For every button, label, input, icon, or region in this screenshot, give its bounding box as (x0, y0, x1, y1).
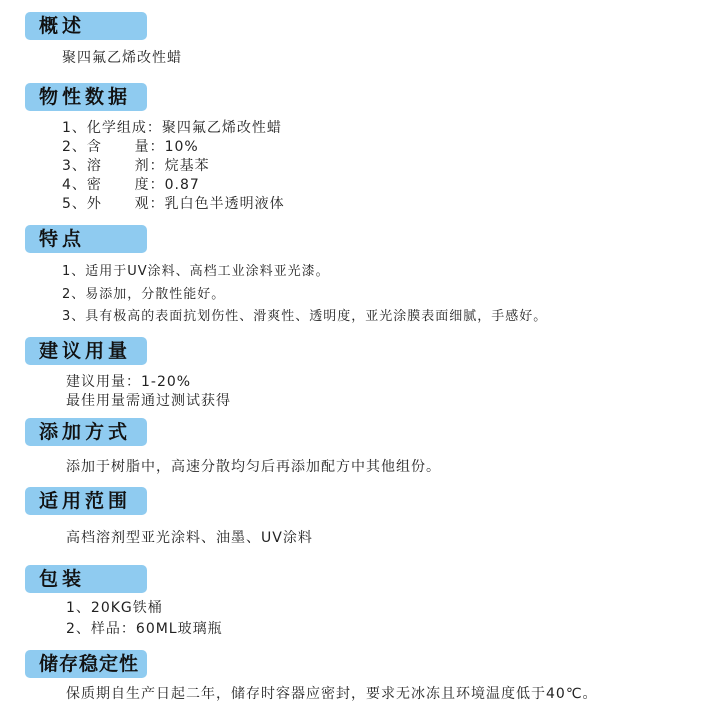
section-storage-header: 储存稳定性 (25, 650, 147, 678)
application-text: 高档溶剂型亚光涂料、油墨、UV涂料 (66, 528, 313, 548)
feature-line: 1、适用于UV涂料、高档工业涂料亚光漆。 (62, 262, 330, 282)
overview-text: 聚四氟乙烯改性蜡 (62, 48, 182, 68)
section-dosage-header: 建议用量 (25, 337, 147, 365)
dosage-line: 最佳用量需通过测试获得 (66, 391, 231, 411)
section-addition-header: 添加方式 (25, 418, 147, 446)
feature-line: 2、易添加，分散性能好。 (62, 285, 225, 305)
dosage-line: 建议用量：1-20% (66, 372, 191, 392)
section-properties-header: 物性数据 (25, 83, 147, 111)
section-packaging-header: 包装 (25, 565, 147, 593)
property-line: 3、溶 剂：烷基苯 (62, 156, 210, 176)
section-features-header: 特点 (25, 225, 147, 253)
property-line: 5、外 观：乳白色半透明液体 (62, 194, 285, 214)
section-overview-header: 概述 (25, 12, 147, 40)
storage-text: 保质期自生产日起二年，储存时容器应密封，要求无冰冻且环境温度低于40℃。 (66, 684, 598, 704)
feature-line: 3、具有极高的表面抗划伤性、滑爽性、透明度，亚光涂膜表面细腻，手感好。 (62, 307, 547, 327)
packaging-line: 2、样品：60ML玻璃瓶 (66, 619, 223, 639)
packaging-line: 1、20KG铁桶 (66, 598, 163, 618)
property-line: 1、化学组成：聚四氟乙烯改性蜡 (62, 118, 282, 138)
addition-text: 添加于树脂中，高速分散均匀后再添加配方中其他组份。 (66, 457, 441, 477)
section-application-header: 适用范围 (25, 487, 147, 515)
property-line: 2、含 量：10% (62, 137, 199, 157)
property-line: 4、密 度：0.87 (62, 175, 200, 195)
